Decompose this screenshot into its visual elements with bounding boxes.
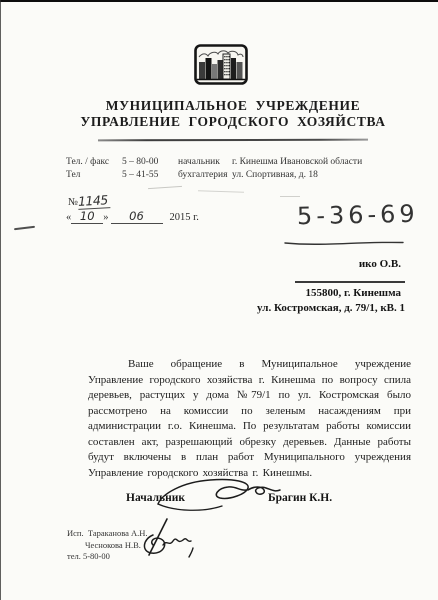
outgoing-date: «10»062015 г.	[66, 209, 199, 224]
executor-name-2: Чеснокова Н.В.	[67, 540, 148, 552]
org-address-line2: ул. Спортивная, д. 18	[232, 169, 362, 182]
addressee-street: ул. Костромская, д. 79/1, кВ. 1	[257, 302, 405, 314]
org-logo-city-skyline-icon	[194, 44, 248, 90]
org-title-line1: МУНИЦИПАЛЬНОЕ УЧРЕЖДЕНИЕ	[26, 98, 438, 114]
number-handwritten: 1145	[78, 192, 111, 210]
phone-fax-value: 5 – 80-00	[122, 156, 178, 169]
phone-fax-role: начальник	[178, 156, 227, 169]
executor-label: Исп.	[67, 528, 84, 538]
pencil-mark	[148, 186, 182, 189]
contact-row: Тел 5 – 41-55 бухгалтерия	[66, 169, 227, 182]
scan-edge-top	[0, 0, 438, 2]
phone-role: бухгалтерия	[178, 169, 227, 182]
letter-body: Ваше обращение в Муниципальное учреждени…	[88, 357, 411, 481]
executor-signature-ink	[137, 515, 201, 566]
org-title: МУНИЦИПАЛЬНОЕ УЧРЕЖДЕНИЕ УПРАВЛЕНИЕ ГОРО…	[26, 98, 438, 130]
addressee-rule	[295, 281, 405, 283]
phone-label: Тел	[66, 169, 122, 182]
month-handwritten: 06	[111, 209, 163, 224]
signer-name: Брагин К.Н.	[268, 492, 332, 504]
quote-close: »	[103, 212, 108, 223]
pencil-mark	[198, 190, 244, 193]
executor-phone: тел. 5-80-00	[67, 551, 148, 563]
handwritten-phone-note: 5-36-69	[297, 200, 419, 231]
scanned-letter-page: МУНИЦИПАЛЬНОЕ УЧРЕЖДЕНИЕ УПРАВЛЕНИЕ ГОРО…	[0, 0, 438, 600]
contact-row: Тел. / факс 5 – 80-00 начальник	[66, 156, 227, 169]
phone-fax-label: Тел. / факс	[66, 156, 122, 169]
org-address: г. Кинешма Ивановской области ул. Спорти…	[232, 156, 362, 182]
scan-edge-left	[0, 0, 1, 600]
day-handwritten: 10	[71, 209, 103, 224]
org-address-line1: г. Кинешма Ивановской области	[232, 156, 362, 169]
executor-row1: Исп. Тараканова А.Н.	[67, 528, 148, 540]
number-label: №	[68, 197, 78, 208]
contact-phones: Тел. / факс 5 – 80-00 начальник Тел 5 – …	[66, 156, 227, 182]
executor-block: Исп. Тараканова А.Н. Чеснокова Н.В. тел.…	[67, 528, 148, 563]
outgoing-number: №1145	[68, 193, 110, 209]
phone-value: 5 – 41-55	[122, 169, 178, 182]
year-printed: 2015 г.	[170, 212, 199, 223]
margin-ink-dash	[14, 226, 35, 231]
addressee-postal: 155800, г. Кинешма	[306, 287, 402, 299]
signature-ink	[152, 474, 284, 521]
pencil-mark	[280, 196, 300, 197]
org-title-line2: УПРАВЛЕНИЕ ГОРОДСКОГО ХОЗЯЙСТВА	[26, 114, 438, 130]
header-divider	[98, 139, 368, 142]
handwritten-underline	[283, 234, 405, 252]
addressee-name: ико О.В.	[359, 258, 401, 270]
